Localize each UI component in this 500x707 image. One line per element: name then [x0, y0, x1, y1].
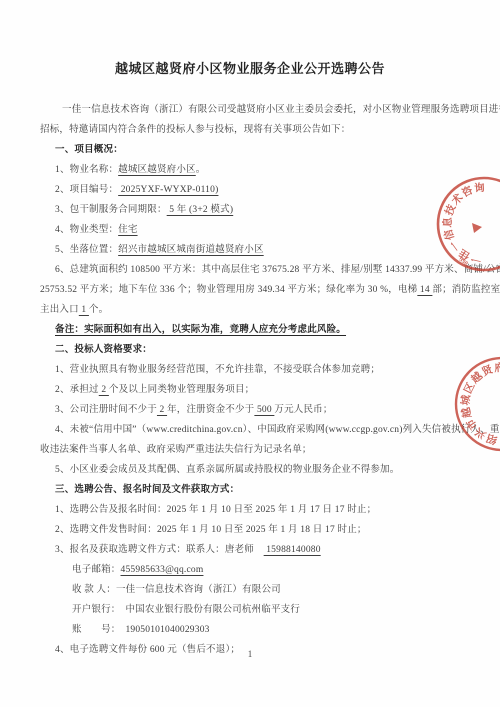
- location-segment: 绍兴市越城区城南街道越贤府小区: [118, 245, 264, 255]
- project-number-segment: 2025YXF-WYXP-0110): [118, 185, 218, 195]
- payee-segment: 收 款 人：一佳一信息技术咨询（浙江）有限公司: [72, 585, 281, 595]
- section2-heading-segment: 二、投标人资格要求：: [55, 345, 152, 355]
- qualification-3: 3、公司注册时间不少于 2 年，注册资金不少于 500 万元人民币；: [40, 400, 470, 420]
- intro-line-1-segment: 一佳一信息技术咨询（浙江）有限公司受越贤府小区业主委员会委托，对小区物业管理服务…: [62, 105, 500, 115]
- qualification-5: 5、小区业委会成员及其配偶、直系亲属所属或持股权的物业服务企业不得参加。: [40, 460, 470, 480]
- area-note-segment: 备注：实际面积如有出入，以实际为准，竞聘人应充分考虑此风险。: [55, 325, 346, 335]
- account: 账 号： 19050101040029303: [72, 620, 470, 640]
- sale-time: 2、选聘文件发售时间：2025 年 1 月 10 日至 2025 年 1 月 1…: [40, 520, 470, 540]
- property-name: 1、物业名称：越城区越贤府小区。: [40, 160, 470, 180]
- intro-line-2-segment: 招标，特邀请国内符合条件的投标人参与投标，现将有关事项公告如下：: [40, 125, 350, 135]
- qualification-2: 2、承担过 2 个及以上同类物业管理服务项目；: [40, 380, 470, 400]
- sale-time-segment: 2、选聘文件发售时间：2025 年 1 月 10 日至 2025 年 1 月 1…: [55, 525, 367, 535]
- announce-time: 1、选聘公告及报名时间：2025 年 1 月 10 日至 2025 年 1 月 …: [40, 500, 470, 520]
- property-type: 4、物业类型：住宅: [40, 220, 470, 240]
- email: 电子邮箱：455985633@qq.com: [72, 560, 470, 580]
- section3-heading-segment: 三、选聘公告、报名时间及文件获取方式：: [55, 485, 239, 495]
- project-number-segment: 2、项目编号：: [55, 185, 118, 195]
- area-line-1-segment: 6、总建筑面积约 108500 平方米：其中高层住宅 37675.28 平方米、…: [55, 265, 500, 275]
- page-number: 1: [0, 649, 500, 659]
- contract-term-segment: 3、包干制服务合同期限：: [55, 205, 167, 215]
- section1-heading: 一、项目概况：: [40, 140, 470, 160]
- area-line-3-segment: 1: [79, 305, 89, 315]
- document-title: 越城区越贤府小区物业服务企业公开选聘公告: [0, 58, 500, 80]
- payee: 收 款 人：一佳一信息技术咨询（浙江）有限公司: [72, 580, 470, 600]
- contact-segment: 3、报名及获取选聘文件方式：联系人：唐老师: [55, 545, 264, 555]
- section3-heading: 三、选聘公告、报名时间及文件获取方式：: [40, 480, 470, 500]
- contract-term: 3、包干制服务合同期限： 5 年 (3+2 模式): [40, 200, 470, 220]
- qualification-3-segment: 2: [157, 405, 167, 415]
- qualification-3-segment: 3、公司注册时间不少于: [55, 405, 157, 415]
- qualification-2-segment: 2: [99, 385, 109, 395]
- qualification-4-line-1-segment: 4、未被“信用中国”（www.creditchina.gov.cn）、中国政府采…: [55, 425, 500, 435]
- area-line-3-segment: 主出入口: [40, 305, 79, 315]
- property-type-segment: 4、物业类型：: [55, 225, 118, 235]
- property-type-segment: 住宅: [118, 225, 137, 235]
- intro-line-1: 一佳一信息技术咨询（浙江）有限公司受越贤府小区业主委员会委托，对小区物业管理服务…: [40, 100, 470, 120]
- property-name-segment: 。: [196, 165, 206, 175]
- area-line-2-segment: 14: [417, 285, 432, 295]
- account-segment: 账 号： 19050101040029303: [72, 625, 210, 635]
- contact-segment: 15988140080: [264, 545, 321, 555]
- bank: 开户银行： 中国农业银行股份有限公司杭州临平支行: [72, 600, 470, 620]
- contact: 3、报名及获取选聘文件方式：联系人：唐老师 15988140080: [40, 540, 470, 560]
- qualification-3-segment: 500: [254, 405, 274, 415]
- section1-heading-segment: 一、项目概况：: [55, 145, 123, 155]
- document-page: 越城区越贤府小区物业服务企业公开选聘公告 一佳一信息技术咨询（浙江）有限公司受越…: [0, 0, 500, 707]
- qualification-1-segment: 1、营业执照具有物业服务经营范围，不允许挂靠，不接受联合体参加竞聘；: [55, 365, 380, 375]
- qualification-3-segment: 万元人民币；: [274, 405, 332, 415]
- area-note: 备注：实际面积如有出入，以实际为准，竞聘人应充分考虑此风险。: [40, 320, 470, 340]
- area-line-2: 25753.52 平方米；地下车位 336 个；物业管理用房 349.34 平方…: [40, 280, 470, 300]
- contract-term-segment: 5 年 (3+2 模式): [167, 205, 234, 215]
- qualification-4-line-2: 收违法案件当事人名单、政府采购严重违法失信行为记录名单；: [40, 440, 470, 460]
- area-line-3-segment: 个。: [89, 305, 108, 315]
- bank-segment: 开户银行： 中国农业银行股份有限公司杭州临平支行: [72, 605, 300, 615]
- area-line-1: 6、总建筑面积约 108500 平方米：其中高层住宅 37675.28 平方米、…: [40, 260, 470, 280]
- area-line-2-segment: 25753.52 平方米；地下车位 336 个；物业管理用房 349.34 平方…: [40, 285, 417, 295]
- intro-line-2: 招标，特邀请国内符合条件的投标人参与投标，现将有关事项公告如下：: [40, 120, 470, 140]
- qualification-2-segment: 2、承担过: [55, 385, 99, 395]
- email-segment: 电子邮箱：: [72, 565, 121, 575]
- property-name-segment: 1、物业名称：: [55, 165, 118, 175]
- area-line-2-segment: 部；消防监控室 1 个；: [432, 285, 500, 295]
- area-line-3: 主出入口 1 个。: [40, 300, 470, 320]
- property-name-segment: 越城区越贤府小区: [118, 165, 196, 175]
- qualification-5-segment: 5、小区业委会成员及其配偶、直系亲属所属或持股权的物业服务企业不得参加。: [55, 465, 399, 475]
- announce-time-segment: 1、选聘公告及报名时间：2025 年 1 月 10 日至 2025 年 1 月 …: [55, 505, 376, 515]
- location-segment: 5、坐落位置：: [55, 245, 118, 255]
- qualification-4-line-2-segment: 收违法案件当事人名单、政府采购严重违法失信行为记录名单；: [40, 445, 312, 455]
- qualification-4-line-1: 4、未被“信用中国”（www.creditchina.gov.cn）、中国政府采…: [40, 420, 470, 440]
- qualification-2-segment: 个及以上同类物业管理服务项目；: [109, 385, 255, 395]
- location: 5、坐落位置：绍兴市越城区城南街道越贤府小区: [40, 240, 470, 260]
- document-body: 一佳一信息技术咨询（浙江）有限公司受越贤府小区业主委员会委托，对小区物业管理服务…: [0, 80, 500, 660]
- email-segment: 455985633@qq.com: [121, 565, 204, 575]
- qualification-1: 1、营业执照具有物业服务经营范围，不允许挂靠，不接受联合体参加竞聘；: [40, 360, 470, 380]
- qualification-3-segment: 年，注册资金不少于: [167, 405, 254, 415]
- project-number: 2、项目编号： 2025YXF-WYXP-0110): [40, 180, 470, 200]
- section2-heading: 二、投标人资格要求：: [40, 340, 470, 360]
